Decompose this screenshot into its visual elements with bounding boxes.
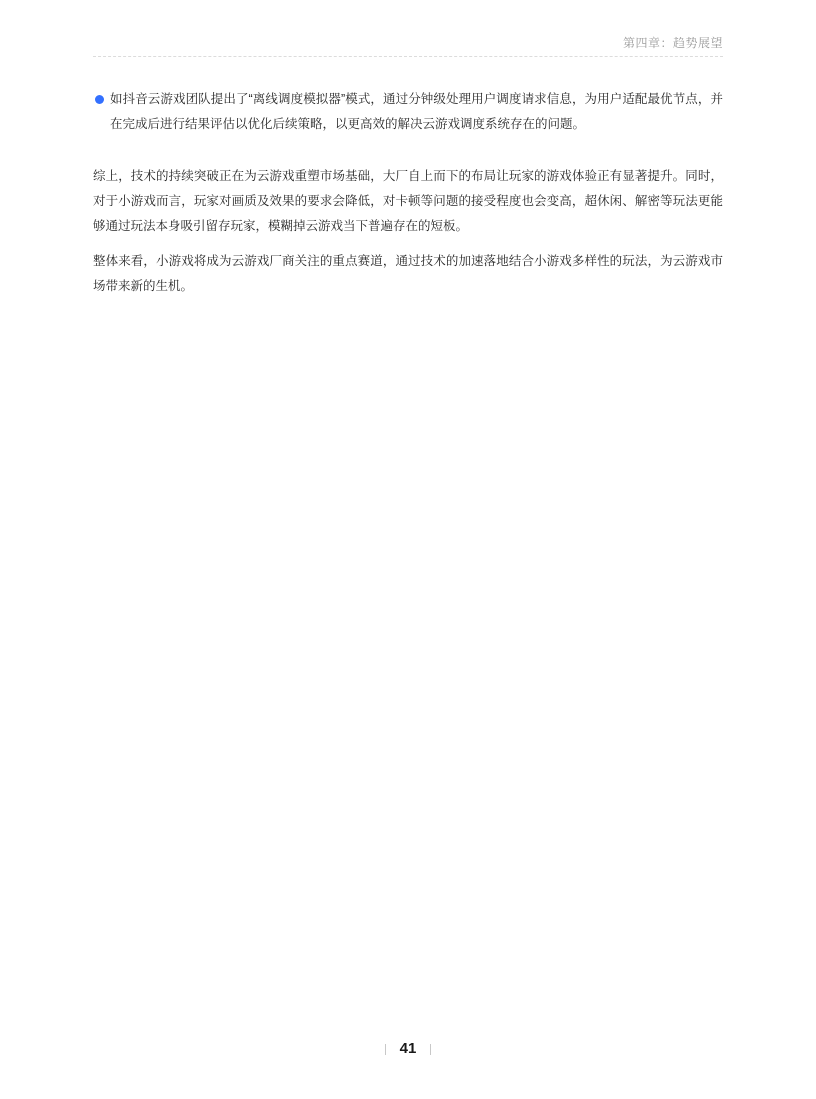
header-divider <box>93 56 723 57</box>
bullet-list: 如抖音云游戏团队提出了“离线调度模拟器”模式，通过分钟级处理用户调度请求信息，为… <box>95 87 723 137</box>
footer-divider-left <box>385 1044 386 1055</box>
page-footer: 41 <box>0 1040 816 1058</box>
bullet-text: 如抖音云游戏团队提出了“离线调度模拟器”模式，通过分钟级处理用户调度请求信息，为… <box>110 87 723 137</box>
bullet-dot-icon <box>95 95 104 104</box>
list-item: 如抖音云游戏团队提出了“离线调度模拟器”模式，通过分钟级处理用户调度请求信息，为… <box>95 87 723 137</box>
body-paragraph-conclusion: 整体来看，小游戏将成为云游戏厂商关注的重点赛道，通过技术的加速落地结合小游戏多样… <box>93 249 723 299</box>
body-paragraph-summary: 综上，技术的持续突破正在为云游戏重塑市场基础，大厂自上而下的布局让玩家的游戏体验… <box>93 164 723 239</box>
page-number: 41 <box>400 1040 417 1058</box>
document-page: 第四章：趋势展望 如抖音云游戏团队提出了“离线调度模拟器”模式，通过分钟级处理用… <box>0 0 816 1099</box>
footer-divider-right <box>430 1044 431 1055</box>
chapter-header: 第四章：趋势展望 <box>623 36 723 51</box>
